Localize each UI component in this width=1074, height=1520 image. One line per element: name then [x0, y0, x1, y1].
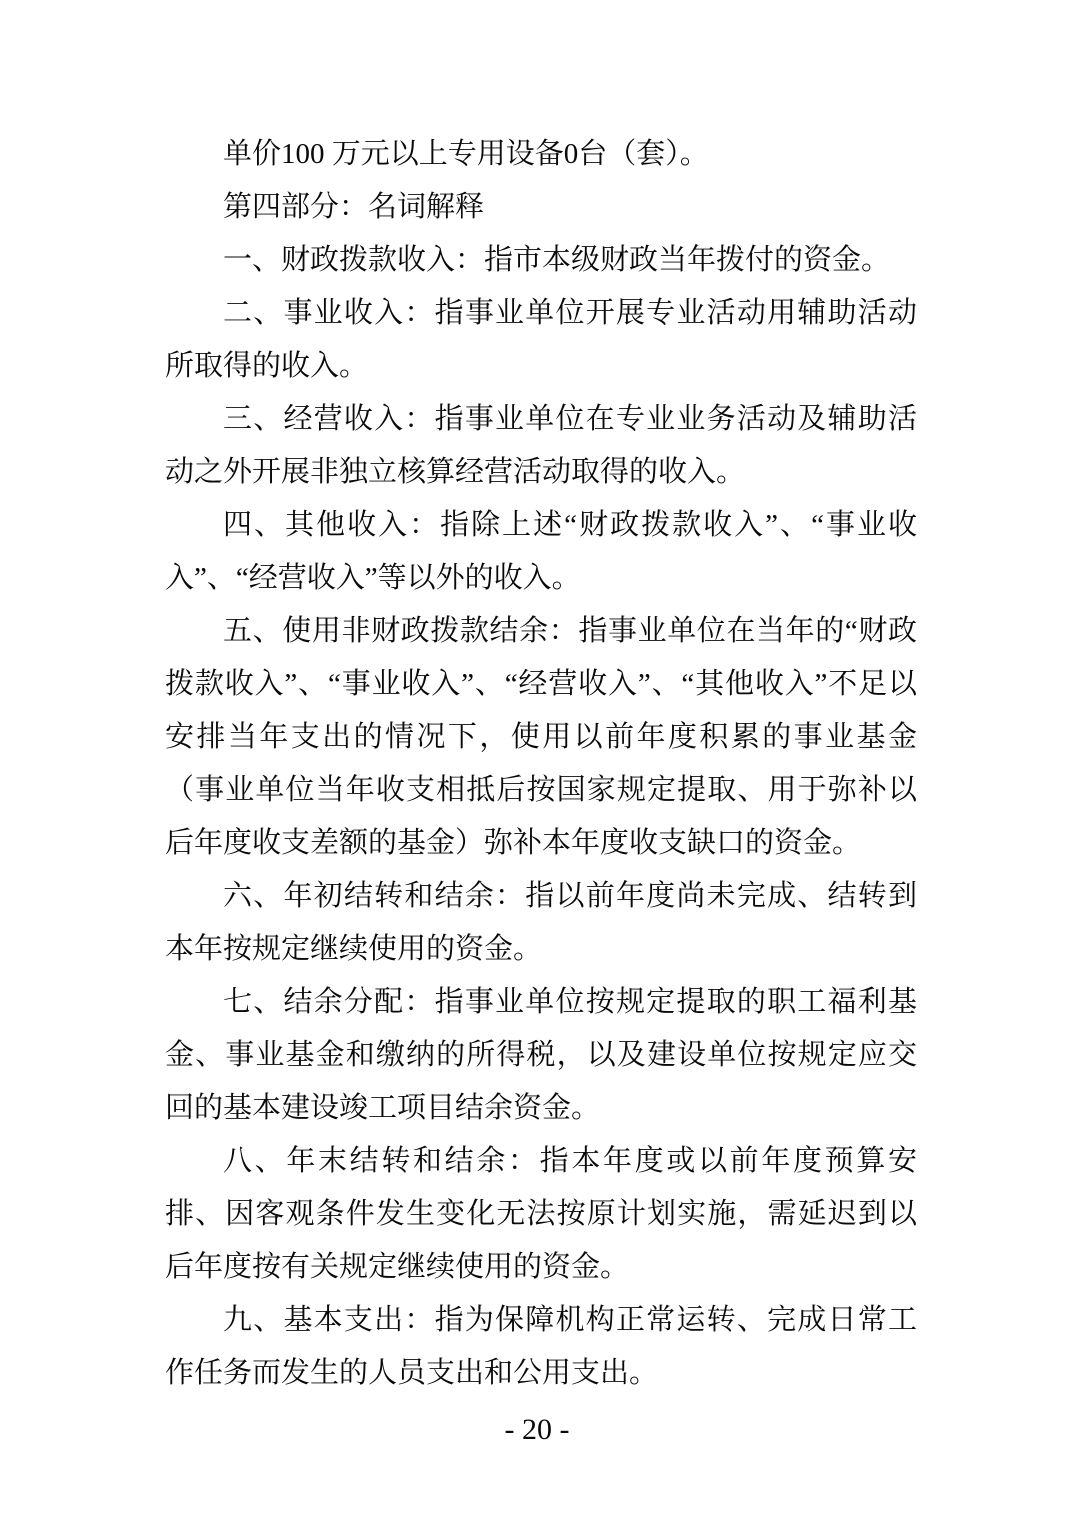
term-definition-2: 二、事业收入：指事业单位开展专业活动用辅助活动所取得的收入。 — [165, 287, 917, 393]
section-heading: 第四部分：名词解释 — [165, 181, 917, 234]
term-definition-6: 六、年初结转和结余：指以前年度尚未完成、结转到本年按规定继续使用的资金。 — [165, 870, 917, 976]
term-definition-1: 一、财政拨款收入：指市本级财政当年拨付的资金。 — [165, 234, 917, 287]
term-definition-5: 五、使用非财政拨款结余：指事业单位在当年的“财政拨款收入”、“事业收入”、“经营… — [165, 605, 917, 870]
document-page: 单价100 万元以上专用设备0台（套）。 第四部分：名词解释 一、财政拨款收入：… — [0, 0, 1074, 1520]
term-definition-7: 七、结余分配：指事业单位按规定提取的职工福利基金、事业基金和缴纳的所得税，以及建… — [165, 976, 917, 1135]
page-number: - 20 - — [0, 1408, 1074, 1452]
term-definition-8: 八、年末结转和结余：指本年度或以前年度预算安排、因客观条件发生变化无法按原计划实… — [165, 1135, 917, 1294]
term-definition-3: 三、经营收入：指事业单位在专业业务活动及辅助活动之外开展非独立核算经营活动取得的… — [165, 393, 917, 499]
term-definition-9: 九、基本支出：指为保障机构正常运转、完成日常工作任务而发生的人员支出和公用支出。 — [165, 1294, 917, 1400]
paragraph-continuation: 单价100 万元以上专用设备0台（套）。 — [165, 128, 917, 181]
page-content: 单价100 万元以上专用设备0台（套）。 第四部分：名词解释 一、财政拨款收入：… — [165, 128, 917, 1400]
term-definition-4: 四、其他收入：指除上述“财政拨款收入”、“事业收入”、“经营收入”等以外的收入。 — [165, 499, 917, 605]
